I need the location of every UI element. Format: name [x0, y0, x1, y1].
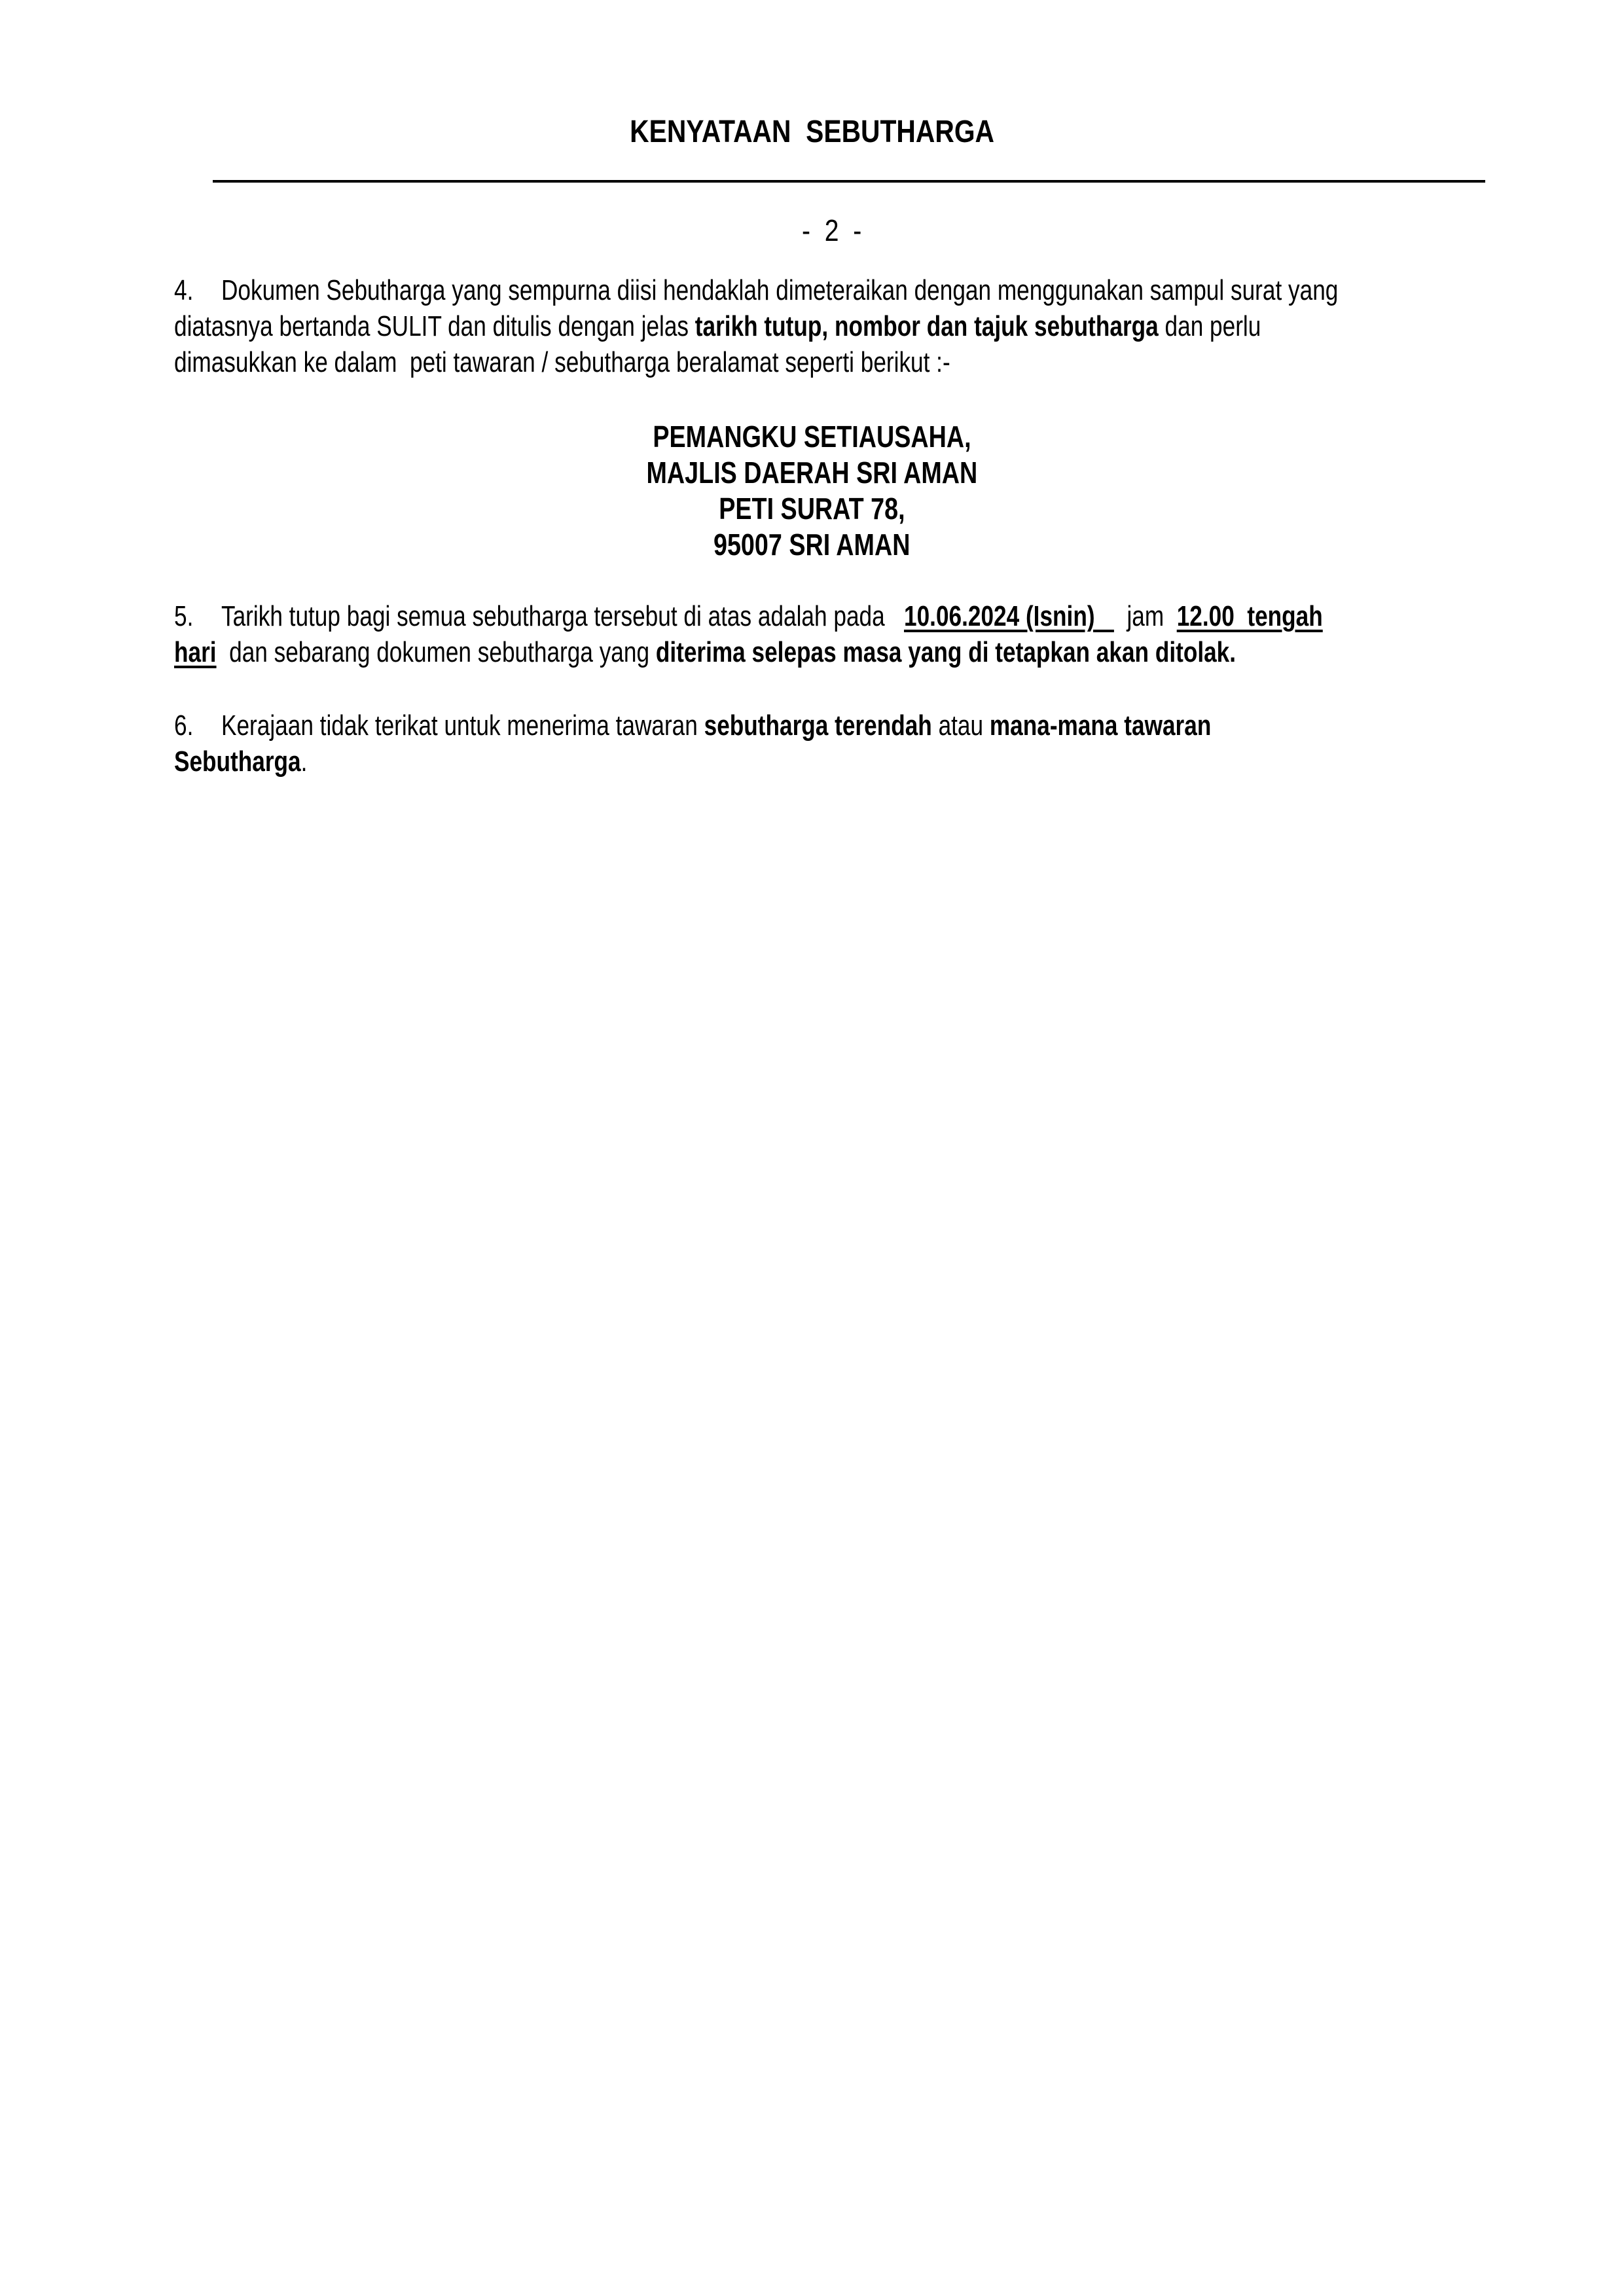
document-title-text: KENYATAAN SEBUTHARGA	[630, 113, 994, 152]
document-page: KENYATAAN SEBUTHARGA - 2 - 4.Dokumen Seb…	[0, 0, 1624, 2296]
emphasis-text: mana-mana tawaran	[990, 709, 1211, 742]
address-line: 95007 SRI AMAN	[713, 527, 910, 563]
page-number: - 2 -	[0, 211, 1624, 249]
paragraph-text: diatasnya bertanda SULIT dan ditulis den…	[174, 310, 695, 342]
emphasis-text: Sebutharga	[174, 745, 301, 778]
paragraph-number: 6.	[174, 708, 221, 744]
paragraph-text: jam	[1114, 600, 1177, 632]
paragraph-text: .	[301, 745, 308, 778]
emphasis-text: sebutharga terendah	[704, 709, 932, 742]
paragraph-text: Tarikh tutup bagi semua sebutharga terse…	[221, 600, 904, 632]
paragraph-text: dan sebarang dokumen sebutharga yang	[217, 636, 656, 668]
closing-date: 10.06.2024 (Isnin)	[904, 600, 1114, 632]
address-block: PEMANGKU SETIAUSAHA, MAJLIS DAERAH SRI A…	[0, 419, 1624, 563]
closing-time: 12.00 tengah	[1177, 600, 1323, 632]
paragraph-text: Dokumen Sebutharga yang sempurna diisi h…	[221, 274, 1338, 306]
paragraph-5: 5.Tarikh tutup bagi semua sebutharga ter…	[174, 598, 1483, 670]
closing-time-cont: hari	[174, 636, 217, 668]
address-line: MAJLIS DAERAH SRI AMAN	[647, 455, 978, 491]
paragraph-4: 4.Dokumen Sebutharga yang sempurna diisi…	[174, 272, 1483, 380]
header-divider	[213, 180, 1485, 183]
paragraph-text: dimasukkan ke dalam peti tawaran / sebut…	[174, 346, 950, 378]
address-line: PETI SURAT 78,	[719, 491, 905, 527]
paragraph-text: Kerajaan tidak terikat untuk menerima ta…	[221, 709, 704, 742]
page-number-text: - 2 -	[802, 211, 861, 249]
paragraph-number: 4.	[174, 272, 221, 308]
paragraph-text: atau	[932, 709, 990, 742]
paragraph-6: 6.Kerajaan tidak terikat untuk menerima …	[174, 708, 1483, 780]
emphasis-text: tarikh tutup, nombor dan tajuk sebutharg…	[695, 310, 1159, 342]
address-line: PEMANGKU SETIAUSAHA,	[653, 419, 971, 455]
emphasis-text: diterima selepas masa yang di tetapkan a…	[656, 636, 1236, 668]
paragraph-text: dan perlu	[1159, 310, 1261, 342]
paragraph-number: 5.	[174, 598, 221, 634]
document-title: KENYATAAN SEBUTHARGA	[0, 113, 1624, 152]
